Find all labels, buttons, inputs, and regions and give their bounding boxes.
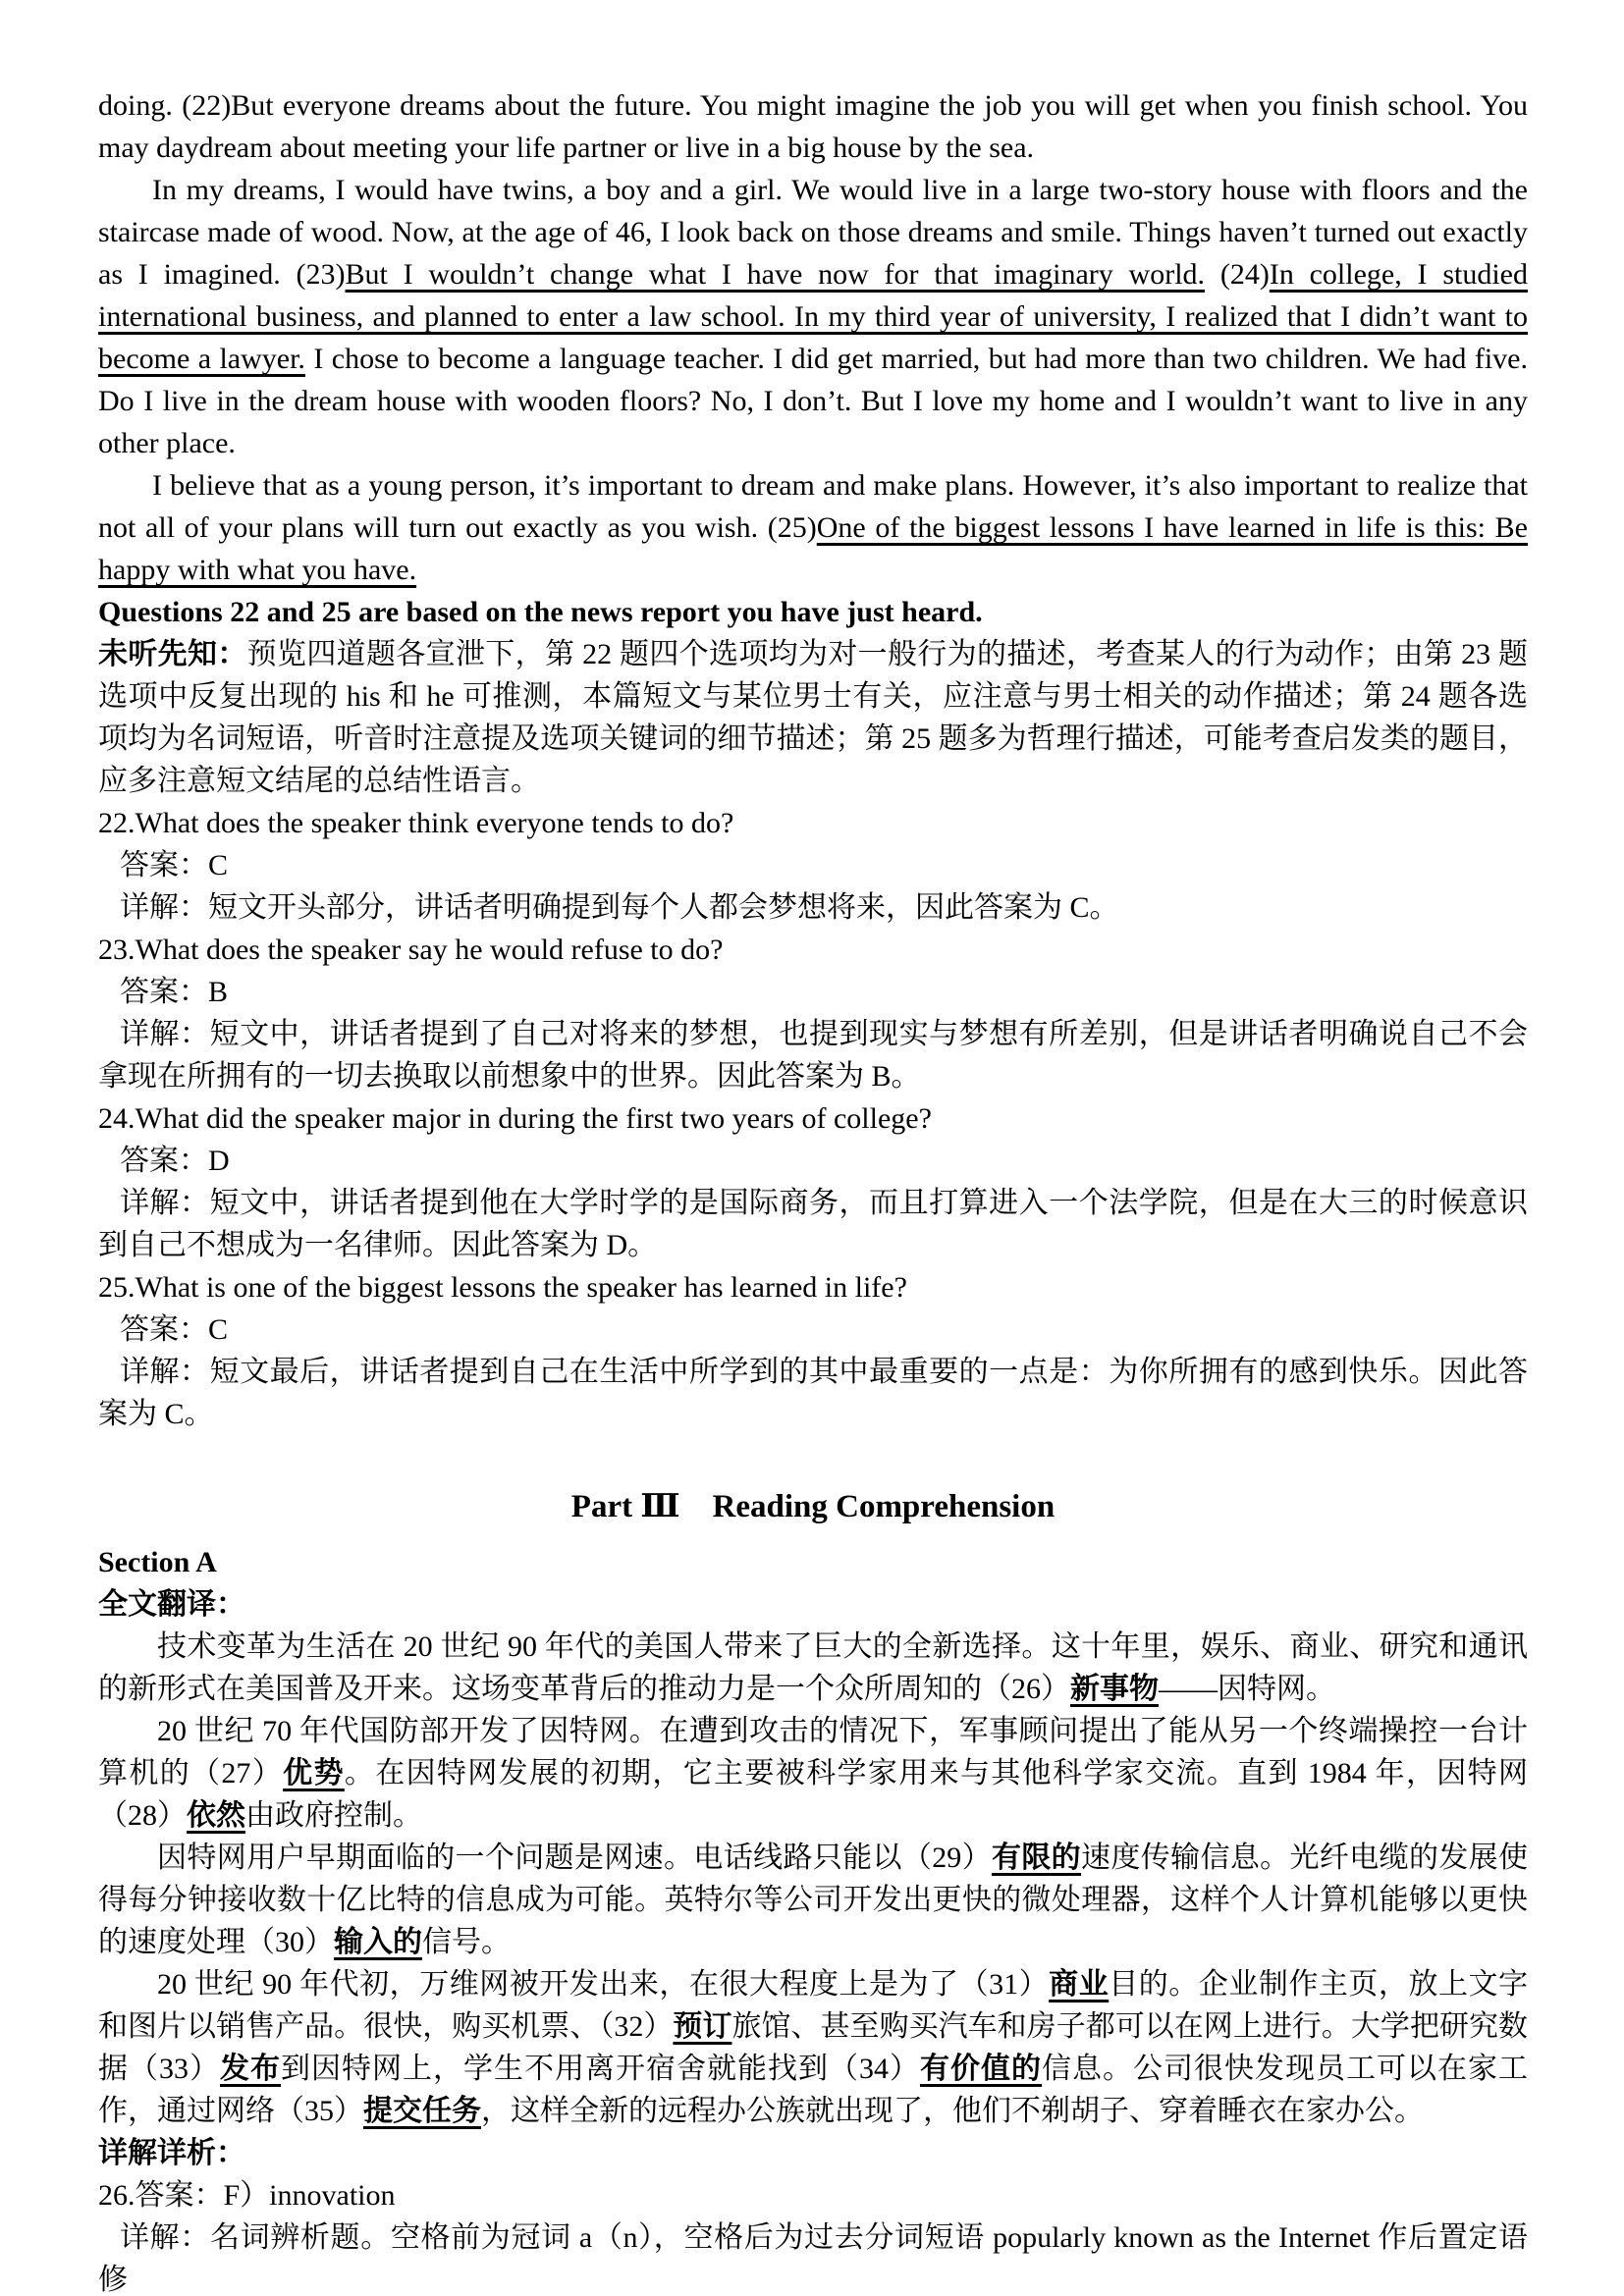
translation-text: 20 世纪 90 年代初，万维网被开发出来，在很大程度上是为了（31）: [157, 1968, 1049, 2001]
explain-label: 详解：: [120, 1187, 210, 1219]
document-page: doing. (22)But everyone dreams about the…: [0, 0, 1624, 2296]
answer-value: F）innovation: [224, 2179, 396, 2212]
translation-text: 到因特网上，学生不用离开宿舍就能找到（34）: [281, 2053, 920, 2085]
translation-text: 由政府控制。: [245, 1799, 422, 1832]
question-22: 22.What does the speaker think everyone …: [98, 802, 1528, 844]
answer-value: C: [208, 849, 228, 881]
answer-line-23: 答案：B: [98, 971, 1528, 1013]
blank-31-answer: 商业: [1049, 1968, 1109, 2001]
explain-label: 详解：: [120, 1018, 210, 1050]
q24-marker: (24): [1205, 258, 1270, 291]
answer-label: 答案：: [120, 1145, 208, 1177]
translation-p4: 20 世纪 90 年代初，万维网被开发出来，在很大程度上是为了（31）商业目的。…: [98, 1963, 1528, 2132]
answer-label: 答案：: [120, 849, 208, 881]
answer-label: 答案：: [135, 2179, 224, 2212]
blank-35-answer: 提交任务: [363, 2095, 481, 2127]
explanation-text: 短文中，讲话者提到他在大学时学的是国际商务，而且打算进入一个法学院，但是在大三的…: [98, 1187, 1528, 1261]
section-a-text: Section A: [98, 1546, 217, 1578]
q23-marker: (23): [297, 258, 346, 291]
listening-passage-p1: doing. (22)But everyone dreams about the…: [98, 84, 1528, 169]
explanation-text: 短文开头部分，讲话者明确提到每个人都会梦想将来，因此答案为 C。: [208, 891, 1119, 924]
translation-p3: 因特网用户早期面临的一个问题是网速。电话线路只能以（29）有限的速度传输信息。光…: [98, 1837, 1528, 1963]
part3-heading: Part Ⅲ Reading Comprehension: [98, 1484, 1528, 1529]
item-26-number: 26.: [98, 2179, 135, 2212]
explain-label: 详解：: [120, 891, 208, 924]
passage-text: I chose to become a language teacher. I …: [98, 343, 1528, 459]
preview-tip-text: 预览四道题各宣泄下，第 22 题四个选项均为对一般行为的描述，考查某人的行为动作…: [98, 638, 1528, 797]
analysis-label: 详解详析：: [98, 2132, 1528, 2174]
passage-text: doing. (22)But everyone dreams about the…: [98, 89, 1528, 164]
translation-text: 因特网用户早期面临的一个问题是网速。电话线路只能以（29）: [157, 1842, 992, 1874]
translation-p1: 技术变革为生活在 20 世纪 90 年代的美国人带来了巨大的全新选择。这十年里，…: [98, 1626, 1528, 1710]
translation-text: ，这样全新的远程办公族就出现了，他们不剃胡子、穿着睡衣在家办公。: [481, 2095, 1424, 2127]
answer-label: 答案：: [120, 976, 208, 1008]
answer-line-24: 答案：D: [98, 1140, 1528, 1182]
q25-marker: (25): [768, 511, 817, 544]
answer-line-22: 答案：C: [98, 844, 1528, 886]
explanation-24: 详解：短文中，讲话者提到他在大学时学的是国际商务，而且打算进入一个法学院，但是在…: [98, 1182, 1528, 1266]
blank-33-answer: 发布: [220, 2053, 281, 2085]
answer-value: B: [208, 976, 228, 1008]
section-a-label: Section A: [98, 1541, 1528, 1583]
explain-label: 详解：: [120, 1356, 210, 1388]
question-text: 25.What is one of the biggest lessons th…: [98, 1271, 907, 1304]
question-text: 24.What did the speaker major in during …: [98, 1102, 932, 1135]
blank-34-answer: 有价值的: [920, 2053, 1042, 2085]
question-25: 25.What is one of the biggest lessons th…: [98, 1266, 1528, 1308]
preview-tip: 未听先知：预览四道题各宣泄下，第 22 题四个选项均为对一般行为的描述，考查某人…: [98, 633, 1528, 802]
explanation-text: 名词辨析题。空格前为冠词 a（n），空格后为过去分词短语 popularly k…: [98, 2221, 1528, 2296]
explanation-23: 详解：短文中，讲话者提到了自己对将来的梦想，也提到现实与梦想有所差别，但是讲话者…: [98, 1013, 1528, 1097]
listening-passage-p2: In my dreams, I would have twins, a boy …: [98, 169, 1528, 464]
explain-label: 详解：: [120, 2221, 210, 2254]
answer-value: C: [208, 1313, 228, 1346]
item-26-answer-line: 26.答案：F）innovation: [98, 2174, 1528, 2216]
blank-30-answer: 输入的: [334, 1926, 422, 1958]
answer-value: D: [208, 1145, 230, 1177]
analysis-label-text: 详解详析：: [98, 2137, 245, 2169]
listening-passage-p3: I believe that as a young person, it’s i…: [98, 464, 1528, 591]
questions-note: Questions 22 and 25 are based on the new…: [98, 591, 1528, 633]
translation-label-text: 全文翻译：: [98, 1588, 245, 1621]
translation-p2: 20 世纪 70 年代国防部开发了因特网。在遭到攻击的情况下，军事顾问提出了能从…: [98, 1710, 1528, 1837]
question-23: 23.What does the speaker say he would re…: [98, 929, 1528, 971]
blank-29-answer: 有限的: [992, 1842, 1081, 1874]
q23-key-sentence: But I wouldn’t change what I have now fo…: [346, 258, 1206, 291]
blank-32-answer: 预订: [673, 2010, 731, 2043]
explanation-text: 短文中，讲话者提到了自己对将来的梦想，也提到现实与梦想有所差别，但是讲话者明确说…: [98, 1018, 1528, 1093]
item-26-explanation: 详解：名词辨析题。空格前为冠词 a（n），空格后为过去分词短语 popularl…: [98, 2216, 1528, 2296]
explanation-text: 短文最后，讲话者提到自己在生活中所学到的其中最重要的一点是：为你所拥有的感到快乐…: [98, 1356, 1528, 1430]
answer-line-25: 答案：C: [98, 1308, 1528, 1351]
part3-heading-text: Part Ⅲ Reading Comprehension: [571, 1489, 1055, 1524]
translation-label: 全文翻译：: [98, 1583, 1528, 1626]
question-24: 24.What did the speaker major in during …: [98, 1097, 1528, 1140]
answer-label: 答案：: [120, 1313, 208, 1346]
translation-text: 信号。: [422, 1926, 511, 1958]
blank-28-answer: 依然: [187, 1799, 245, 1832]
explanation-25: 详解：短文最后，讲话者提到自己在生活中所学到的其中最重要的一点是：为你所拥有的感…: [98, 1351, 1528, 1435]
translation-text: ——因特网。: [1159, 1673, 1335, 1705]
blank-26-answer: 新事物: [1070, 1673, 1159, 1705]
question-text: 23.What does the speaker say he would re…: [98, 934, 723, 966]
blank-27-answer: 优势: [283, 1757, 345, 1789]
question-text: 22.What does the speaker think everyone …: [98, 807, 733, 839]
questions-note-text: Questions 22 and 25 are based on the new…: [98, 596, 983, 628]
preview-tip-label: 未听先知：: [98, 638, 247, 670]
explanation-22: 详解：短文开头部分，讲话者明确提到每个人都会梦想将来，因此答案为 C。: [98, 886, 1528, 929]
